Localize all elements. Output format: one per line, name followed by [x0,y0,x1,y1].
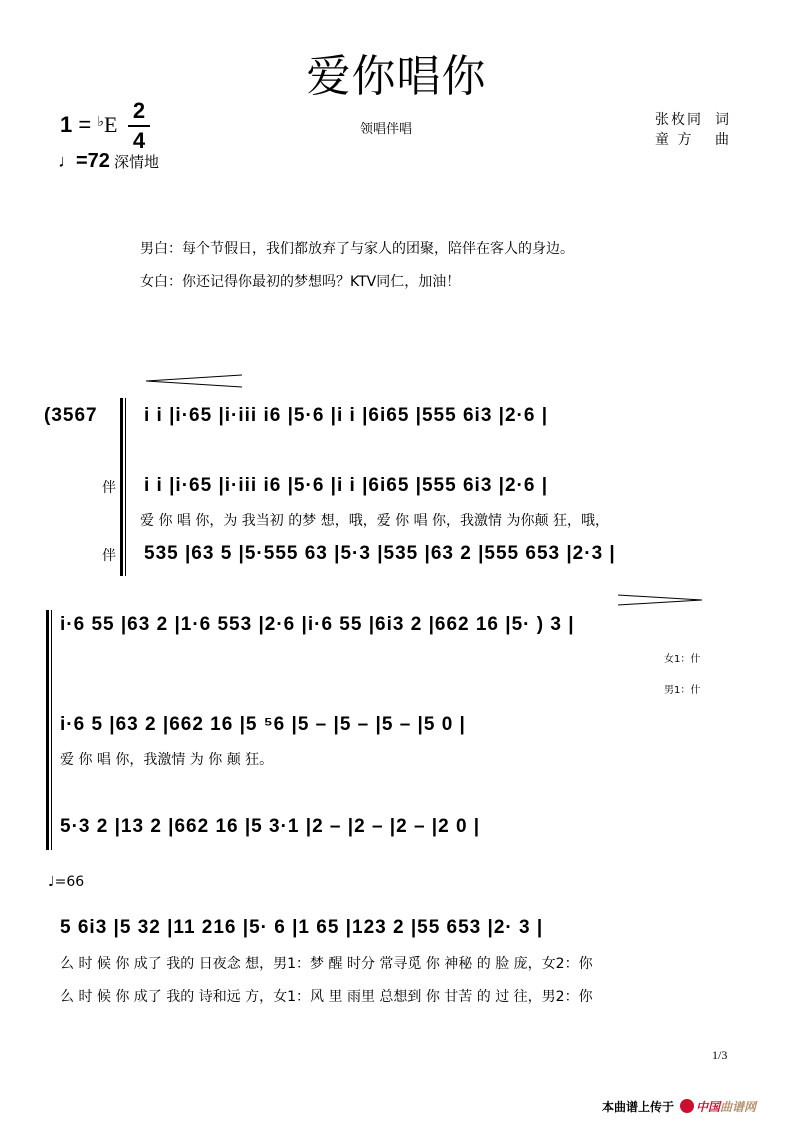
site-logo-icon [680,1099,694,1113]
intro-notes: (3567 [44,405,98,427]
upload-text: 本曲谱上传于 [602,1100,674,1114]
lyrics-line-1: 爱 你 唱 你，为 我当初 的梦 想，哦，爱 你 唱 你，我激情 为你颠 狂，哦… [140,510,609,530]
song-title: 爱你唱你 [0,40,793,104]
credits: 张枚同词 童 方曲 [655,110,729,150]
expression-text: 深情地 [114,154,159,171]
system-bracket [46,610,52,850]
dialog-female: 女白：你还记得你最初的梦想吗？KTV同仁，加油！ [140,271,460,291]
voice-label: 伴 [102,477,116,497]
decrescendo-hairpin [618,594,708,606]
voice-label: 伴 [102,545,116,565]
crescendo-hairpin [146,374,246,388]
subtitle: 领唱伴唱 [360,118,412,137]
cue-male: 男1：什 [664,681,700,697]
quarter-note-icon: ♩ [48,874,55,890]
dialog-male: 男白：每个节假日，我们都放弃了与家人的团聚，陪伴在客人的身边。 [140,238,574,258]
time-numerator: 2 [128,100,150,122]
page-number: 1/3 [712,1048,727,1063]
quarter-note-icon: ♩ [58,151,76,171]
key-equals: = [78,112,91,137]
voice-line-3: 5·3 2 |13 2 |662 16 |5 3·1 |2 – |2 – |2 … [60,816,480,838]
composer-credit: 童 方曲 [655,130,729,150]
cue-female: 女1：什 [664,650,700,666]
tempo-value: =72 [76,150,110,172]
melody-line-1: i i |i·65 |i·iii i6 |5·6 |i i |6i65 |555… [144,405,548,427]
upload-credit: 本曲谱上传于中国曲谱网 [602,1098,756,1115]
brand-name-b[interactable]: 曲谱网 [720,1100,756,1114]
lyrics-verse-1: 么 时 候 你 成了 我的 日夜念 想，男1：梦 醒 时分 常寻觅 你 神秘 的… [60,953,593,973]
brand-name-a[interactable]: 中国 [696,1100,720,1114]
key-signature: 1 = ♭E [60,112,117,138]
lyrics-verse-2: 么 时 候 你 成了 我的 诗和远 方，女1：风 里 雨里 总想到 你 甘苦 的… [60,986,593,1006]
harmony-line-1: i i |i·65 |i·iii i6 |5·6 |i i |6i65 |555… [144,475,548,497]
lyrics-line-2: 爱 你 唱 你，我激情 为 你 颠 狂。 [60,749,273,769]
system-bracket [120,398,126,576]
lyricist-role: 词 [715,110,729,130]
composer-name: 童 方 [655,130,715,150]
voice-line-2: i·6 5 |63 2 |662 16 |5 ⁵6 |5 – |5 – |5 –… [60,714,466,736]
tempo-change: ♩=66 [48,874,84,890]
tempo-marking: ♩=72深情地 [58,150,159,173]
harmony-line-2: 535 |63 5 |5·555 63 |5·3 |535 |63 2 |555… [144,543,616,565]
cue-male-text: 男1：什 [664,685,700,696]
time-signature: 2 4 [128,100,150,152]
time-denominator: 4 [128,130,150,152]
lyricist-name: 张枚同 [655,110,715,130]
composer-role: 曲 [715,130,729,150]
key-tonic: 1 [60,112,72,137]
cue-female-text: 女1：什 [664,654,700,665]
flat-icon: ♭ [97,113,104,129]
lyricist-credit: 张枚同词 [655,110,729,130]
key-note: E [104,112,117,137]
melody-line-2: i·6 55 |63 2 |1·6 553 |2·6 |i·6 55 |6i3 … [60,614,575,636]
tempo-change-value: =66 [55,874,85,890]
melody-line-3: 5 6i3 |5 32 |11 216 |5· 6 |1 65 |123 2 |… [60,917,543,939]
